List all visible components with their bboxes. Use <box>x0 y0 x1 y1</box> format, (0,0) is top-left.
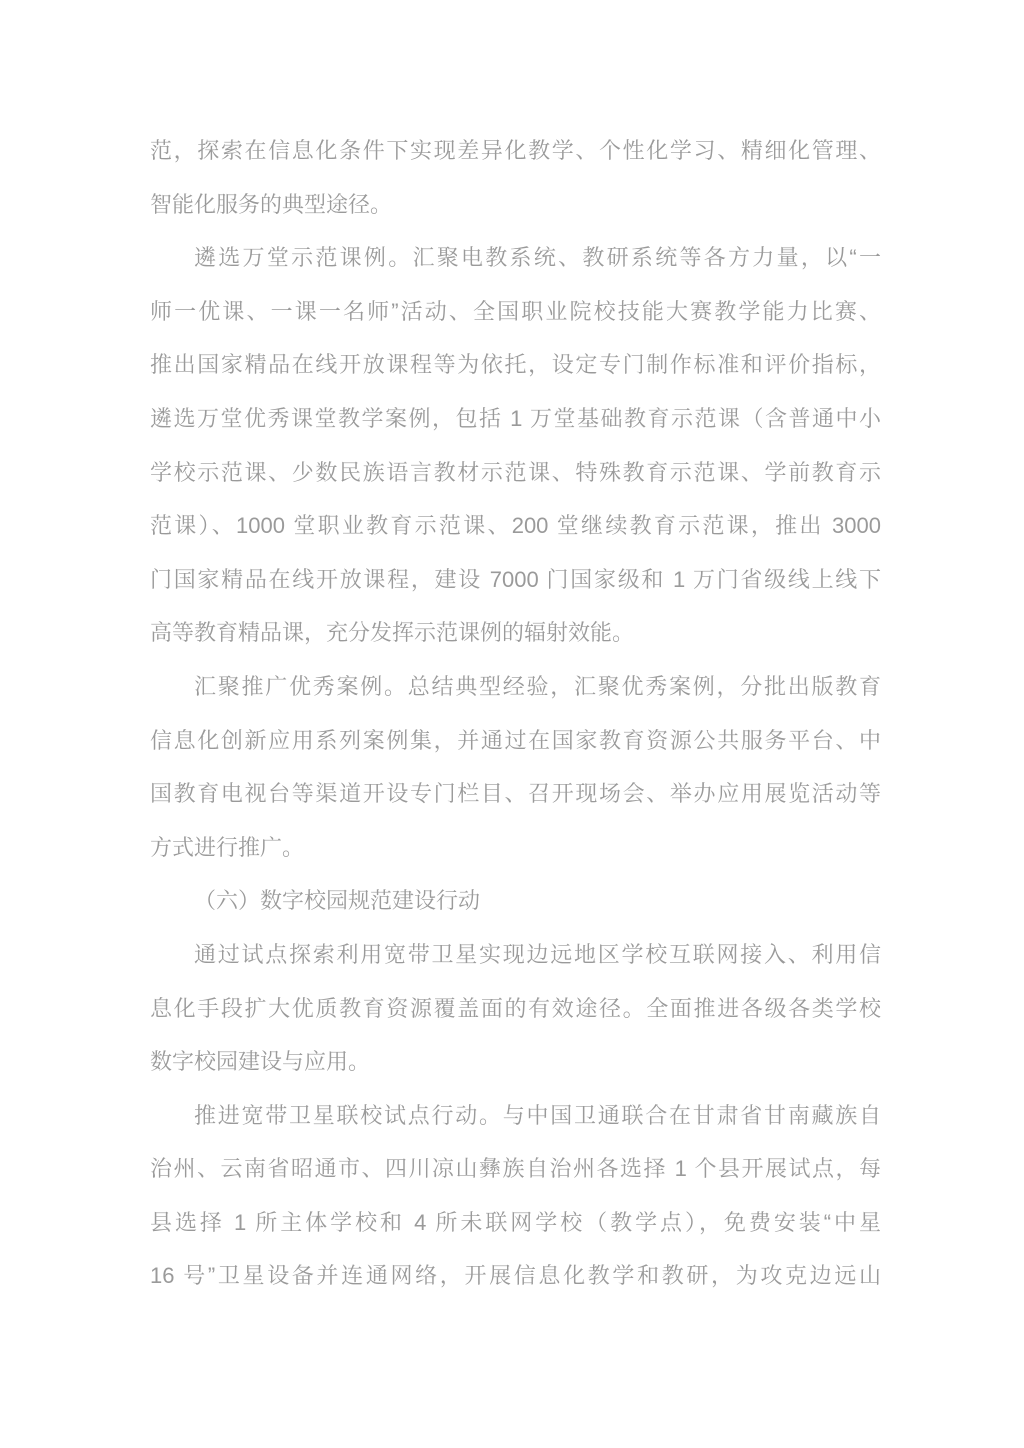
text-line: 门国家精品在线开放课程，建设 7000 门国家级和 1 万门省级线上线下 <box>150 553 881 607</box>
text-line: 高等教育精品课，充分发挥示范课例的辐射效能。 <box>150 606 881 660</box>
text-line: 师一优课、一课一名师”活动、全国职业院校技能大赛教学能力比赛、 <box>150 285 881 339</box>
text-line: 范，探索在信息化条件下实现差异化教学、个性化学习、精细化管理、 <box>150 124 881 178</box>
text-line: 推出国家精品在线开放课程等为依托，设定专门制作标准和评价指标， <box>150 338 881 392</box>
text-line: 息化手段扩大优质教育资源覆盖面的有效途径。全面推进各级各类学校 <box>150 982 881 1036</box>
text-line: 学校示范课、少数民族语言教材示范课、特殊教育示范课、学前教育示 <box>150 446 881 500</box>
text-line: 智能化服务的典型途径。 <box>150 178 881 232</box>
text-line: 遴选万堂示范课例。汇聚电教系统、教研系统等各方力量，以“一 <box>150 231 881 285</box>
section-heading: （六）数字校园规范建设行动 <box>150 874 881 928</box>
text-line: 方式进行推广。 <box>150 821 881 875</box>
text-line: 遴选万堂优秀课堂教学案例，包括 1 万堂基础教育示范课（含普通中小 <box>150 392 881 446</box>
text-line: 推进宽带卫星联校试点行动。与中国卫通联合在甘肃省甘南藏族自 <box>150 1089 881 1143</box>
document-body: 范，探索在信息化条件下实现差异化教学、个性化学习、精细化管理、 智能化服务的典型… <box>150 124 881 1303</box>
text-line: 范课）、1000 堂职业教育示范课、200 堂继续教育示范课，推出 3000 <box>150 499 881 553</box>
text-line: 信息化创新应用系列案例集，并通过在国家教育资源公共服务平台、中 <box>150 714 881 768</box>
text-line: 县选择 1 所主体学校和 4 所未联网学校（教学点），免费安装“中星 <box>150 1196 881 1250</box>
text-line: 汇聚推广优秀案例。总结典型经验，汇聚优秀案例，分批出版教育 <box>150 660 881 714</box>
text-line: 国教育电视台等渠道开设专门栏目、召开现场会、举办应用展览活动等 <box>150 767 881 821</box>
text-line: 治州、云南省昭通市、四川凉山彝族自治州各选择 1 个县开展试点，每 <box>150 1142 881 1196</box>
text-line: 通过试点探索利用宽带卫星实现边远地区学校互联网接入、利用信 <box>150 928 881 982</box>
text-line: 数字校园建设与应用。 <box>150 1035 881 1089</box>
document-page: 范，探索在信息化条件下实现差异化教学、个性化学习、精细化管理、 智能化服务的典型… <box>0 0 1024 1448</box>
text-line: 16 号”卫星设备并连通网络，开展信息化教学和教研，为攻克边远山 <box>150 1249 881 1303</box>
